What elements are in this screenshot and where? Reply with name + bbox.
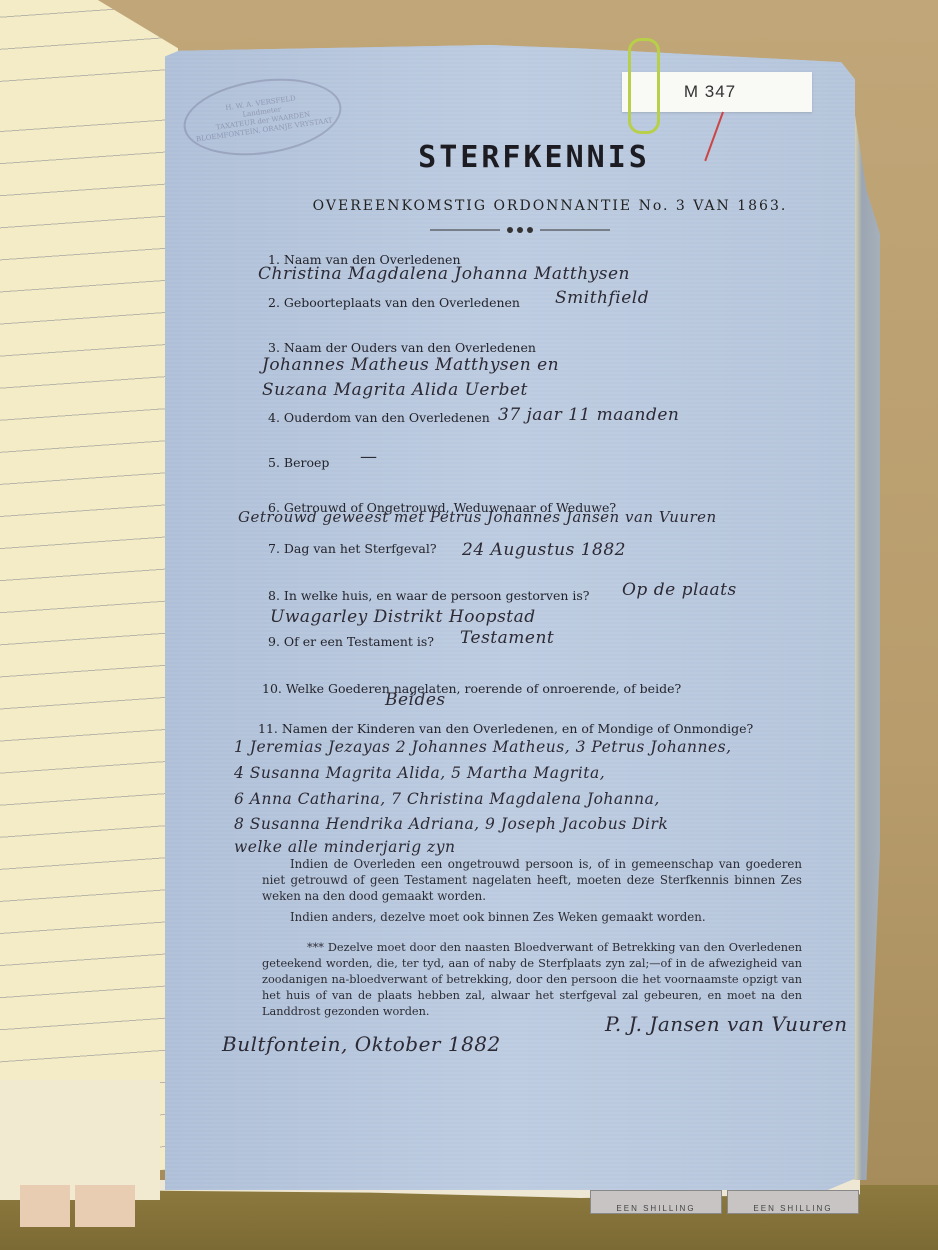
signature: P. J. Jansen van Vuuren [605, 1012, 848, 1036]
question-3-label: 3. Naam der Ouders van den Overledenen [268, 340, 536, 355]
revenue-stamp-label: EEN SHILLING [616, 1204, 695, 1213]
left-ledger-page [0, 0, 178, 1205]
question-9-label: 9. Of er een Testament is? [268, 634, 434, 649]
question-7-answer: 24 Augustus 1882 [462, 540, 626, 560]
question-11-answer-line: 6 Anna Catharina, 7 Christina Magdalena … [234, 790, 660, 808]
question-9-answer: Testament [460, 628, 554, 648]
question-11-answer-line: 8 Susanna Hendrika Adriana, 9 Joseph Jac… [234, 815, 668, 833]
question-2-answer: Smithfield [555, 288, 649, 308]
question-11-label: 11. Namen der Kinderen van den Overleden… [258, 721, 753, 736]
question-5-label: 5. Beroep [268, 455, 329, 470]
question-6-answer: Getrouwd geweest met Petrus Johannes Jan… [238, 508, 717, 526]
question-8-answer-line: Op de plaats [622, 580, 737, 600]
question-2-label: 2. Geboorteplaats van den Overledenen [268, 295, 520, 310]
question-8-label: 8. In welke huis, en waar de persoon ges… [268, 588, 590, 603]
document-subtitle: OVEREENKOMSTIG ORDONNANTIE No. 3 VAN 186… [290, 198, 810, 214]
ledger-tab [20, 1185, 70, 1227]
question-3-answer-line: Suzana Magrita Alida Uerbet [262, 380, 528, 400]
question-7-label: 7. Dag van het Sterfgeval? [268, 541, 437, 556]
paperclip-icon [628, 38, 660, 134]
place-and-date: Bultfontein, Oktober 1882 [222, 1032, 501, 1056]
question-3-answer-line: Johannes Matheus Matthysen en [262, 355, 559, 375]
revenue-stamp: EEN SHILLING [590, 1190, 722, 1214]
ledger-page-bottom [0, 1080, 160, 1200]
revenue-stamp: EEN SHILLING [727, 1190, 859, 1214]
document-title: STERFKENNIS [0, 140, 938, 175]
instruction-paragraph-2: Indien anders, dezelve moet ook binnen Z… [290, 909, 810, 925]
question-4-label: 4. Ouderdom van den Overledenen [268, 410, 490, 425]
ornament-divider-icon [430, 225, 610, 235]
question-8-answer-line: Uwagarley Distrikt Hoopstad [270, 607, 536, 627]
question-11-answer-line: 4 Susanna Magrita Alida, 5 Martha Magrit… [234, 764, 605, 782]
question-10-label: 10. Welke Goederen nagelaten, roerende o… [262, 681, 681, 696]
question-11-answer-line: 1 Jeremias Jezayas 2 Johannes Matheus, 3… [234, 738, 732, 756]
question-1-answer: Christina Magdalena Johanna Matthysen [258, 264, 630, 284]
ledger-tab [75, 1185, 135, 1227]
question-11-answer-line: welke alle minderjarig zyn [234, 838, 455, 856]
instruction-paragraph-3: *** Dezelve moet door den naasten Bloedv… [262, 940, 802, 1020]
question-5-answer: — [360, 447, 378, 467]
question-4-answer: 37 jaar 11 maanden [498, 405, 679, 425]
instruction-paragraph-1: Indien de Overleden een ongetrouwd perso… [262, 856, 802, 904]
revenue-stamp-label: EEN SHILLING [753, 1204, 832, 1213]
archive-number: M 347 [684, 82, 736, 102]
question-10-answer: Beides [385, 690, 446, 710]
